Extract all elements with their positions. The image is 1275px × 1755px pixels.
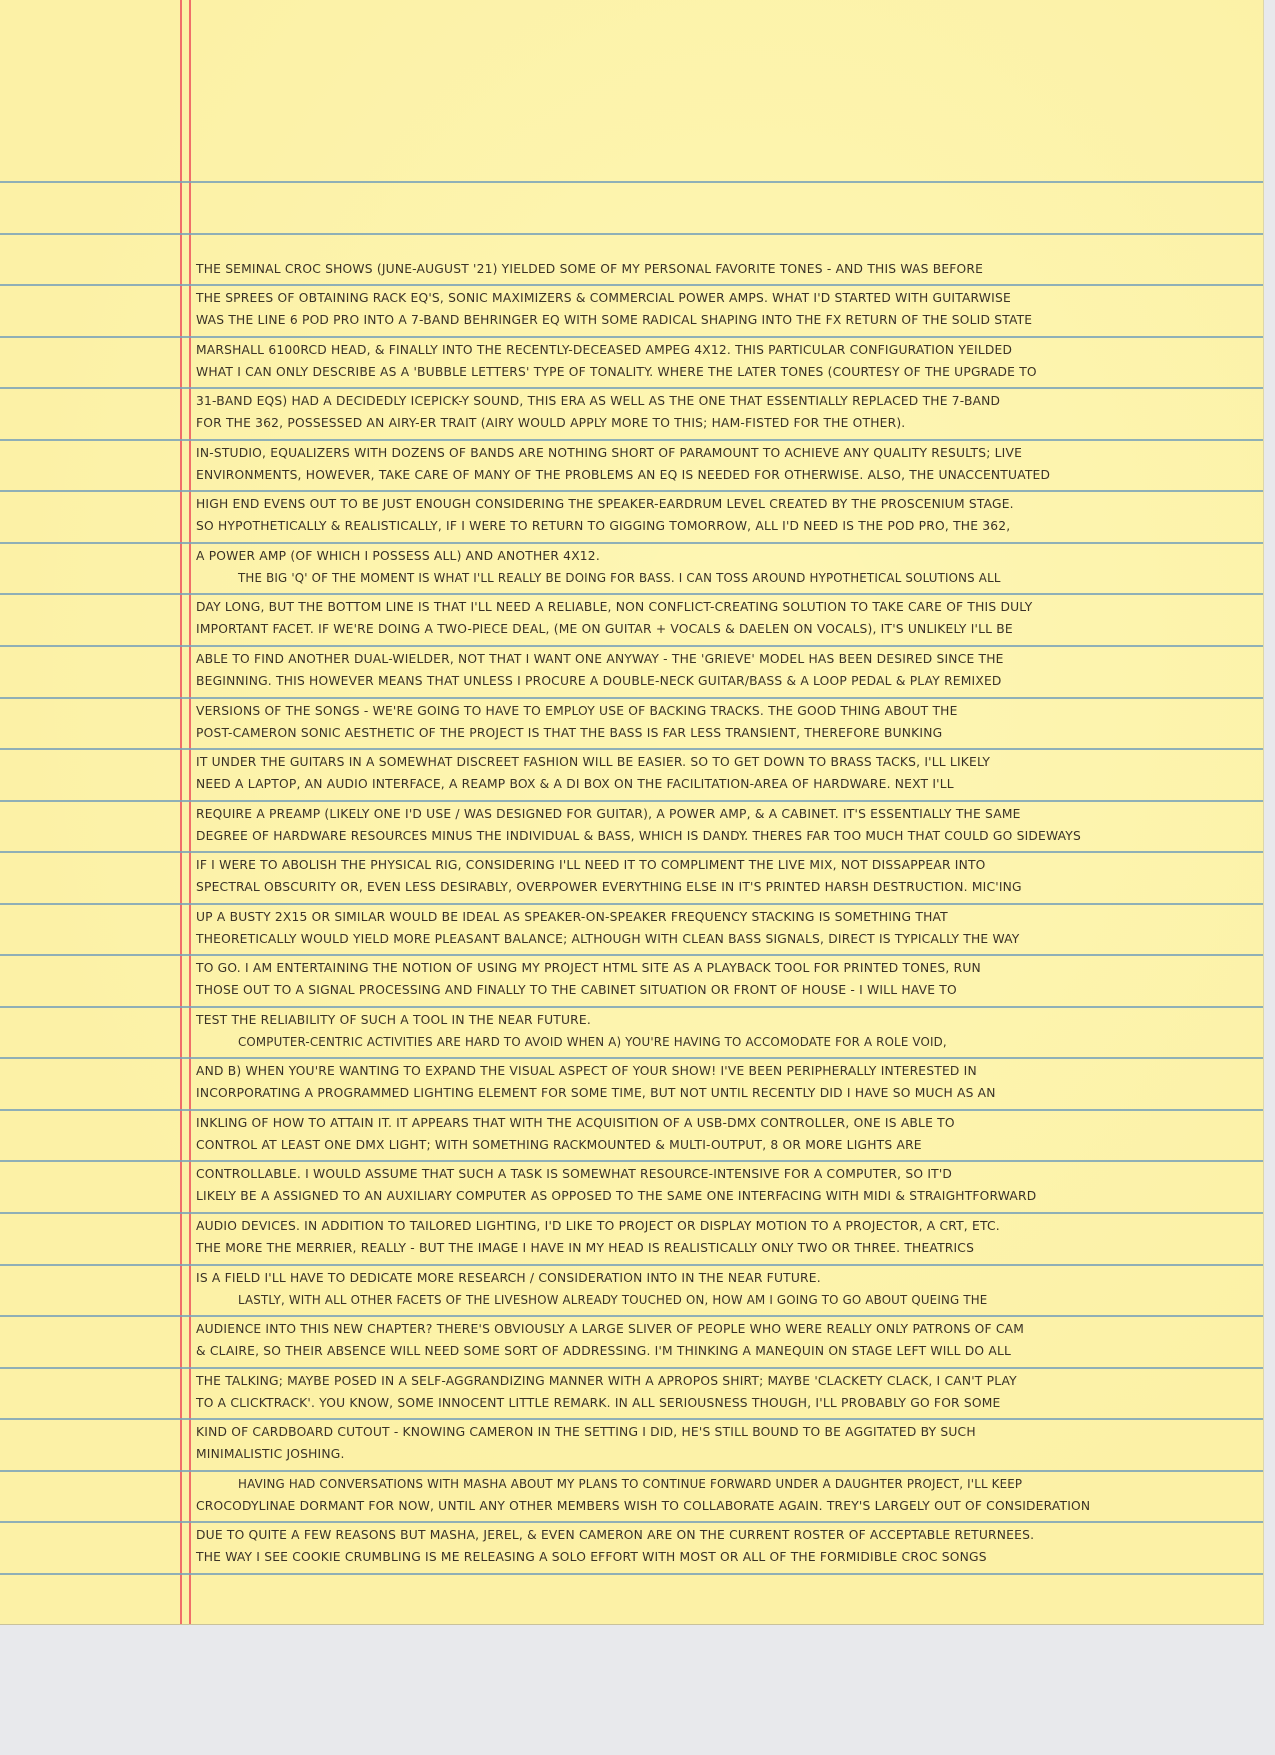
handwritten-line: KIND OF CARDBOARD CUTOUT - KNOWING CAMER… <box>196 1424 1246 1439</box>
handwritten-line: IT UNDER THE GUITARS IN A SOMEWHAT DISCR… <box>196 754 1246 769</box>
handwritten-line: SPECTRAL OBSCURITY OR, EVEN LESS DESIRAB… <box>196 879 1246 894</box>
ruled-line <box>0 1212 1263 1214</box>
handwritten-line: IN-STUDIO, EQUALIZERS WITH DOZENS OF BAN… <box>196 445 1246 460</box>
handwritten-line: THOSE OUT TO A SIGNAL PROCESSING AND FIN… <box>196 982 1246 997</box>
handwritten-line: ABLE TO FIND ANOTHER DUAL-WIELDER, NOT T… <box>196 651 1246 666</box>
handwritten-line: BEGINNING. THIS HOWEVER MEANS THAT UNLES… <box>196 673 1246 688</box>
handwritten-line: THEORETICALLY WOULD YIELD MORE PLEASANT … <box>196 931 1246 946</box>
ruled-line <box>0 1470 1263 1472</box>
handwritten-line: THE SEMINAL CROC SHOWS (JUNE-AUGUST '21)… <box>196 261 1246 276</box>
ruled-line <box>0 851 1263 853</box>
ruled-line <box>0 1264 1263 1266</box>
ruled-line <box>0 800 1263 802</box>
handwritten-line: CONTROL AT LEAST ONE DMX LIGHT; WITH SOM… <box>196 1137 1246 1152</box>
handwritten-line: INCORPORATING A PROGRAMMED LIGHTING ELEM… <box>196 1085 1246 1100</box>
handwritten-line: AUDIO DEVICES. IN ADDITION TO TAILORED L… <box>196 1218 1246 1233</box>
handwritten-line: IF I WERE TO ABOLISH THE PHYSICAL RIG, C… <box>196 857 1246 872</box>
handwritten-line: IS A FIELD I'LL HAVE TO DEDICATE MORE RE… <box>196 1270 1246 1285</box>
handwritten-line: MINIMALISTIC JOSHING. <box>196 1446 1246 1461</box>
handwritten-line: A POWER AMP (OF WHICH I POSSESS ALL) AND… <box>196 548 1246 563</box>
handwritten-line: IMPORTANT FACET. IF WE'RE DOING A TWO-PI… <box>196 621 1246 636</box>
handwritten-line: HAVING HAD CONVERSATIONS WITH MASHA ABOU… <box>238 1476 1248 1491</box>
legal-pad-page: THE SEMINAL CROC SHOWS (JUNE-AUGUST '21)… <box>0 0 1264 1625</box>
handwritten-line: ENVIRONMENTS, HOWEVER, TAKE CARE OF MANY… <box>196 467 1246 482</box>
handwritten-line: HIGH END EVENS OUT TO BE JUST ENOUGH CON… <box>196 496 1246 511</box>
handwritten-line: REQUIRE A PREAMP (LIKELY ONE I'D USE / W… <box>196 806 1246 821</box>
ruled-line <box>0 645 1263 647</box>
ruled-line <box>0 542 1263 544</box>
handwritten-line: THE SPREES OF OBTAINING RACK EQ'S, SONIC… <box>196 290 1246 305</box>
ruled-line <box>0 387 1263 389</box>
ruled-line <box>0 284 1263 286</box>
handwritten-line: TO A CLICKTRACK'. YOU KNOW, SOME INNOCEN… <box>196 1395 1246 1410</box>
ruled-line <box>0 1160 1263 1162</box>
handwritten-line: INKLING OF HOW TO ATTAIN IT. IT APPEARS … <box>196 1115 1246 1130</box>
margin-line-right <box>189 0 191 1624</box>
handwritten-line: THE BIG 'Q' OF THE MOMENT IS WHAT I'LL R… <box>238 570 1248 585</box>
ruled-line <box>0 336 1263 338</box>
handwritten-line: MARSHALL 6100RCD HEAD, & FINALLY INTO TH… <box>196 342 1246 357</box>
handwritten-line: DEGREE OF HARDWARE RESOURCES MINUS THE I… <box>196 828 1246 843</box>
handwritten-line: LIKELY BE A ASSIGNED TO AN AUXILIARY COM… <box>196 1188 1246 1203</box>
handwritten-line: TO GO. I AM ENTERTAINING THE NOTION OF U… <box>196 960 1246 975</box>
ruled-line <box>0 181 1263 183</box>
ruled-line <box>0 1521 1263 1523</box>
handwritten-line: AND B) WHEN YOU'RE WANTING TO EXPAND THE… <box>196 1063 1246 1078</box>
ruled-line <box>0 954 1263 956</box>
handwritten-line: LASTLY, WITH ALL OTHER FACETS OF THE LIV… <box>238 1292 1248 1307</box>
ruled-line <box>0 1109 1263 1111</box>
handwritten-line: TEST THE RELIABILITY OF SUCH A TOOL IN T… <box>196 1012 1246 1027</box>
handwritten-line: 31-BAND EQS) HAD A DECIDEDLY ICEPICK-Y S… <box>196 393 1246 408</box>
ruled-line <box>0 233 1263 235</box>
ruled-line <box>0 1367 1263 1369</box>
ruled-line <box>0 1418 1263 1420</box>
ruled-line <box>0 697 1263 699</box>
ruled-line <box>0 1573 1263 1575</box>
handwritten-line: THE MORE THE MERRIER, REALLY - BUT THE I… <box>196 1240 1246 1255</box>
handwritten-line: & CLAIRE, SO THEIR ABSENCE WILL NEED SOM… <box>196 1343 1246 1358</box>
handwritten-line: FOR THE 362, POSSESSED AN AIRY-ER TRAIT … <box>196 415 1246 430</box>
handwritten-line: THE TALKING; MAYBE POSED IN A SELF-AGGRA… <box>196 1373 1246 1388</box>
handwritten-line: SO HYPOTHETICALLY & REALISTICALLY, IF I … <box>196 518 1246 533</box>
ruled-line <box>0 1057 1263 1059</box>
handwritten-line: DAY LONG, BUT THE BOTTOM LINE IS THAT I'… <box>196 599 1246 614</box>
ruled-line <box>0 748 1263 750</box>
handwritten-line: COMPUTER-CENTRIC ACTIVITIES ARE HARD TO … <box>238 1034 1248 1049</box>
handwritten-line: CONTROLLABLE. I WOULD ASSUME THAT SUCH A… <box>196 1166 1246 1181</box>
ruled-line <box>0 1006 1263 1008</box>
handwritten-line: UP A BUSTY 2X15 OR SIMILAR WOULD BE IDEA… <box>196 909 1246 924</box>
handwritten-line: WAS THE LINE 6 POD PRO INTO A 7-BAND BEH… <box>196 312 1246 327</box>
margin-line-left <box>180 0 182 1624</box>
handwritten-line: POST-CAMERON SONIC AESTHETIC OF THE PROJ… <box>196 725 1246 740</box>
ruled-line <box>0 490 1263 492</box>
handwritten-line: CROCODYLINAE DORMANT FOR NOW, UNTIL ANY … <box>196 1498 1246 1513</box>
handwritten-line: AUDIENCE INTO THIS NEW CHAPTER? THERE'S … <box>196 1321 1246 1336</box>
handwritten-line: NEED A LAPTOP, AN AUDIO INTERFACE, A REA… <box>196 776 1246 791</box>
handwritten-line: THE WAY I SEE COOKIE CRUMBLING IS ME REL… <box>196 1549 1246 1564</box>
ruled-line <box>0 439 1263 441</box>
ruled-line <box>0 593 1263 595</box>
handwritten-line: VERSIONS OF THE SONGS - WE'RE GOING TO H… <box>196 703 1246 718</box>
handwritten-line: DUE TO QUITE A FEW REASONS BUT MASHA, JE… <box>196 1527 1246 1542</box>
ruled-line <box>0 1315 1263 1317</box>
handwritten-line: WHAT I CAN ONLY DESCRIBE AS A 'BUBBLE LE… <box>196 364 1246 379</box>
ruled-line <box>0 903 1263 905</box>
